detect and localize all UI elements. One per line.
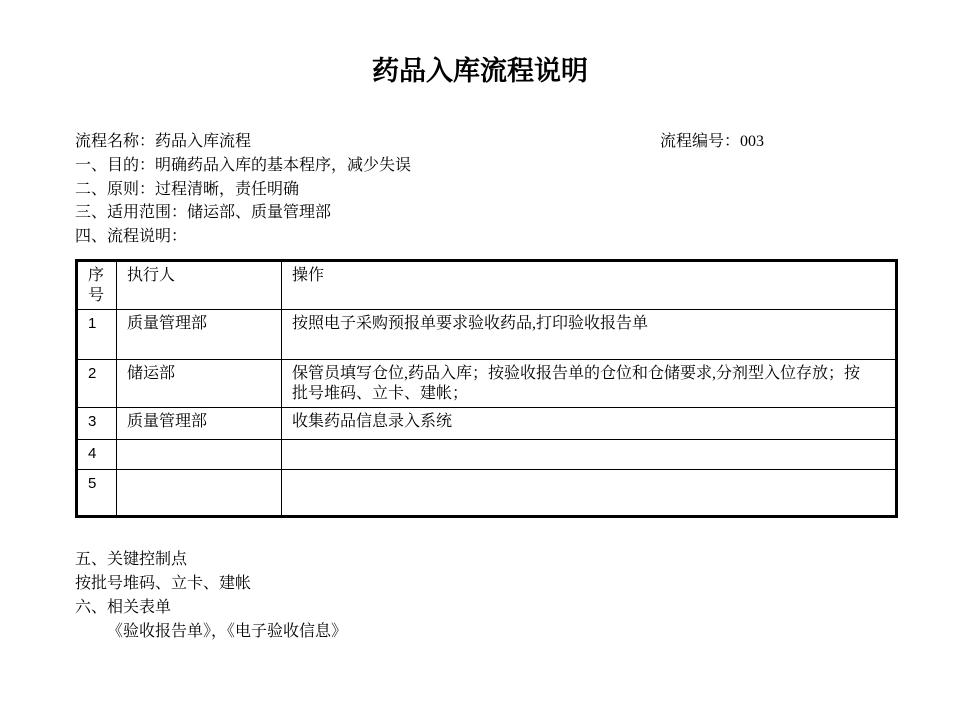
table-row: 4 bbox=[77, 440, 897, 470]
table-row: 1 质量管理部 按照电子采购预报单要求验收药品,打印验收报告单 bbox=[77, 310, 897, 360]
cell-executor: 质量管理部 bbox=[117, 310, 282, 360]
cell-operation: 按照电子采购预报单要求验收药品,打印验收报告单 bbox=[282, 310, 897, 360]
col-header-operation: 操作 bbox=[282, 261, 897, 310]
cell-no: 3 bbox=[77, 408, 117, 440]
section-purpose: 一、目的：明确药品入库的基本程序，减少失误 bbox=[75, 154, 895, 178]
cell-operation: 保管员填写仓位,药品入库；按验收报告单的仓位和仓储要求,分剂型入位存放；按批号堆… bbox=[282, 360, 897, 408]
key-control-text: 按批号堆码、立卡、建帐 bbox=[75, 572, 895, 596]
cell-no: 1 bbox=[77, 310, 117, 360]
col-header-executor: 执行人 bbox=[117, 261, 282, 310]
cell-executor: 质量管理部 bbox=[117, 408, 282, 440]
cell-operation bbox=[282, 440, 897, 470]
key-control-heading: 五、关键控制点 bbox=[75, 548, 895, 572]
related-forms-heading: 六、相关表单 bbox=[75, 596, 895, 620]
process-name: 流程名称：药品入库流程 bbox=[75, 133, 251, 150]
process-code: 流程编号：003 bbox=[660, 130, 764, 154]
cell-operation: 收集药品信息录入系统 bbox=[282, 408, 897, 440]
meta-row: 流程名称：药品入库流程 流程编号：003 bbox=[75, 130, 895, 154]
cell-executor bbox=[117, 440, 282, 470]
section-scope: 三、适用范围：储运部、质量管理部 bbox=[75, 201, 895, 225]
footer-sections: 五、关键控制点 按批号堆码、立卡、建帐 六、相关表单 《验收报告单》，《电子验收… bbox=[75, 548, 895, 644]
section-process-heading: 四、流程说明： bbox=[75, 225, 895, 249]
process-table: 序号 执行人 操作 1 质量管理部 按照电子采购预报单要求验收药品,打印验收报告… bbox=[75, 259, 898, 518]
cell-executor bbox=[117, 470, 282, 517]
col-header-no: 序号 bbox=[77, 261, 117, 310]
cell-operation bbox=[282, 470, 897, 517]
section-principle: 二、原则：过程清晰，责任明确 bbox=[75, 178, 895, 202]
section-list: 一、目的：明确药品入库的基本程序，减少失误 二、原则：过程清晰，责任明确 三、适… bbox=[75, 154, 895, 248]
table-row: 2 储运部 保管员填写仓位,药品入库；按验收报告单的仓位和仓储要求,分剂型入位存… bbox=[77, 360, 897, 408]
cell-no: 2 bbox=[77, 360, 117, 408]
cell-no: 5 bbox=[77, 470, 117, 517]
cell-no: 4 bbox=[77, 440, 117, 470]
table-header-row: 序号 执行人 操作 bbox=[77, 261, 897, 310]
cell-executor: 储运部 bbox=[117, 360, 282, 408]
page-title: 药品入库流程说明 bbox=[0, 0, 960, 86]
document-page: 药品入库流程说明 流程名称：药品入库流程 流程编号：003 一、目的：明确药品入… bbox=[0, 0, 960, 720]
table-row: 5 bbox=[77, 470, 897, 517]
related-forms-list: 《验收报告单》，《电子验收信息》 bbox=[75, 620, 895, 644]
table-row: 3 质量管理部 收集药品信息录入系统 bbox=[77, 408, 897, 440]
document-content: 流程名称：药品入库流程 流程编号：003 一、目的：明确药品入库的基本程序，减少… bbox=[75, 130, 895, 644]
